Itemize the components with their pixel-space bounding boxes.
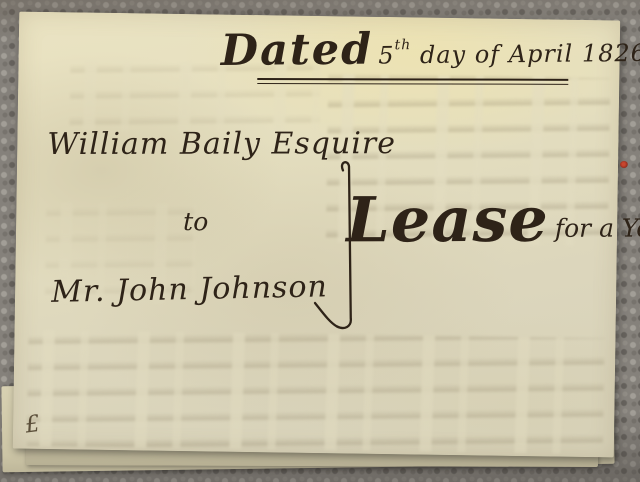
date-heading: Dated 5th day of April 1826 .: [221, 26, 640, 73]
title-for-a-year: for a Year: [555, 213, 640, 242]
docket-mark: £: [24, 411, 42, 439]
red-fiber-mark: [620, 161, 628, 168]
document-title: Lease for a Year: [346, 183, 640, 255]
bleed-through-writing: [27, 330, 605, 455]
heading-double-underline: [257, 78, 568, 85]
date-detail: 5th day of April 1826 .: [378, 39, 640, 70]
carpet-background: Dated 5th day of April 1826 . William Ba…: [0, 0, 640, 482]
lessee-name: Mr. John Johnson: [51, 269, 328, 310]
to-label: to: [183, 207, 209, 236]
vellum-lease-document: Dated 5th day of April 1826 . William Ba…: [13, 12, 620, 458]
title-lease: Lease: [346, 184, 549, 256]
date-word: Dated: [221, 25, 374, 76]
